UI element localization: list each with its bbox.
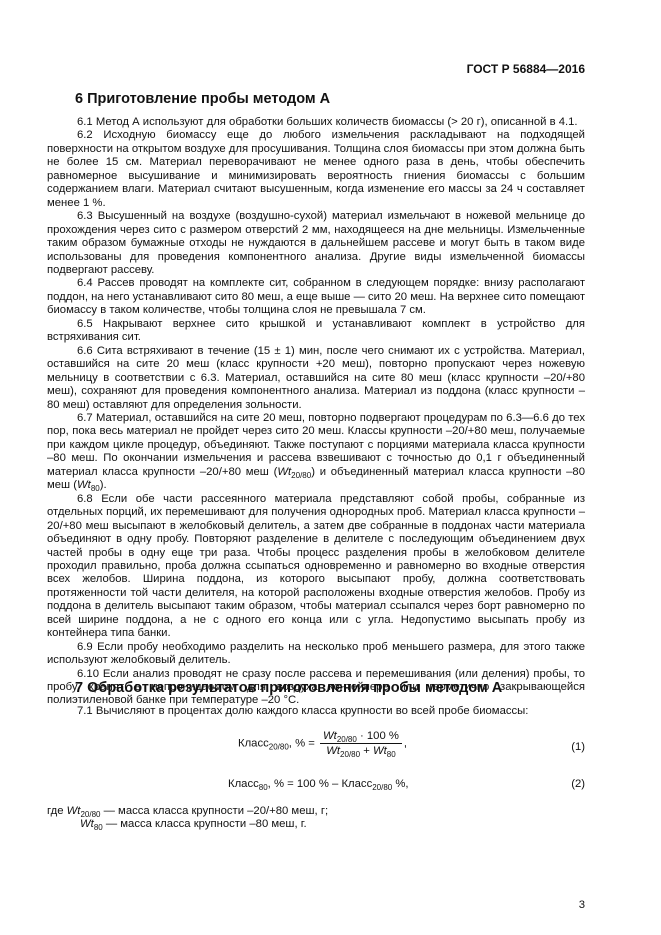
var-wt: Wt	[373, 745, 387, 757]
section-6-title: 6 Приготовление пробы методом А	[75, 91, 330, 107]
formula-subscript: 80	[94, 823, 103, 832]
paragraph-6-2: 6.2 Исходную биомассу еще до любого изме…	[47, 129, 585, 210]
fraction-numerator: Wt20/80 · 100 %	[320, 730, 402, 744]
formula-1: Класс20/80, % = Wt20/80 · 100 % Wt20/80 …	[238, 730, 407, 757]
legend-description: — масса класса крупности –20/+80 меш, г;	[100, 805, 328, 817]
formula-plus: +	[360, 745, 373, 757]
formula-multiplier: · 100 %	[357, 730, 399, 742]
var-wt: Wt	[323, 730, 337, 742]
formula-subscript: 20/80	[340, 750, 360, 759]
formula-middle: , % = 100 % – Класс	[268, 778, 373, 790]
paragraph-6-3: 6.3 Высушенный на воздухе (воздушно-сухо…	[47, 210, 585, 277]
var-subscript: 20/80	[291, 471, 311, 480]
formula-subscript: 20/80	[337, 735, 357, 744]
var-wt: Wt	[277, 466, 291, 478]
paragraph-7-1: 7.1 Вычисляют в процентах долю каждого к…	[47, 705, 585, 718]
var-subscript: 80	[91, 484, 100, 493]
formula-trail: ,	[404, 737, 407, 749]
standard-code: ГОСТ Р 56884—2016	[467, 62, 585, 76]
section-7-title: 7 Обработка результатов приготовления пр…	[75, 680, 502, 696]
paragraph-6-1: 6.1 Метод А используют для обработки бол…	[47, 116, 585, 129]
formula-trail: %,	[392, 778, 408, 790]
var-wt: Wt	[80, 818, 94, 830]
section-6-body: 6.1 Метод А используют для обработки бол…	[47, 116, 585, 708]
legend-description: — масса класса крупности –80 меш, г.	[103, 818, 307, 830]
formula-eq: , % =	[289, 737, 315, 749]
legend-row: Wt80 — масса класса крупности –80 меш, г…	[47, 818, 328, 831]
paragraph-6-6: 6.6 Сита встряхивают в течение (15 ± 1) …	[47, 345, 585, 412]
legend-row: где Wt20/80 — масса класса крупности –20…	[47, 805, 328, 818]
document-page: ГОСТ Р 56884—2016 6 Приготовление пробы …	[0, 0, 661, 935]
paragraph-6-8: 6.8 Если обе части рассеянного материала…	[47, 493, 585, 641]
p67-text-c: ).	[100, 479, 107, 491]
paragraph-6-7: 6.7 Материал, оставшийся на сите 20 меш,…	[47, 412, 585, 493]
formula-lhs: Класс	[238, 737, 269, 749]
equation-number-1: (1)	[571, 741, 585, 753]
var-wt: Wt	[67, 805, 81, 817]
variable-legend: где Wt20/80 — масса класса крупности –20…	[47, 805, 328, 831]
formula-subscript: 80	[259, 783, 268, 792]
fraction-denominator: Wt20/80 + Wt80	[320, 744, 402, 757]
formula-subscript: 20/80	[372, 783, 392, 792]
paragraph-6-5: 6.5 Накрывают верхнее сито крышкой и уст…	[47, 318, 585, 345]
formula-subscript: 80	[387, 750, 396, 759]
fraction: Wt20/80 · 100 % Wt20/80 + Wt80	[320, 730, 402, 757]
legend-prefix: где	[47, 805, 67, 817]
equation-number-2: (2)	[571, 778, 585, 790]
var-wt: Wt	[326, 745, 340, 757]
page-number: 3	[579, 899, 585, 911]
var-wt: Wt	[77, 479, 91, 491]
formula-subscript: 20/80	[269, 742, 289, 751]
paragraph-6-9: 6.9 Если пробу необходимо разделить на н…	[47, 641, 585, 668]
formula-lhs: Класс	[228, 778, 259, 790]
section-7-intro: 7.1 Вычисляют в процентах долю каждого к…	[47, 705, 585, 718]
paragraph-6-4: 6.4 Рассев проводят на комплекте сит, со…	[47, 277, 585, 317]
formula-2: Класс80, % = 100 % – Класс20/80 %,	[228, 778, 409, 790]
